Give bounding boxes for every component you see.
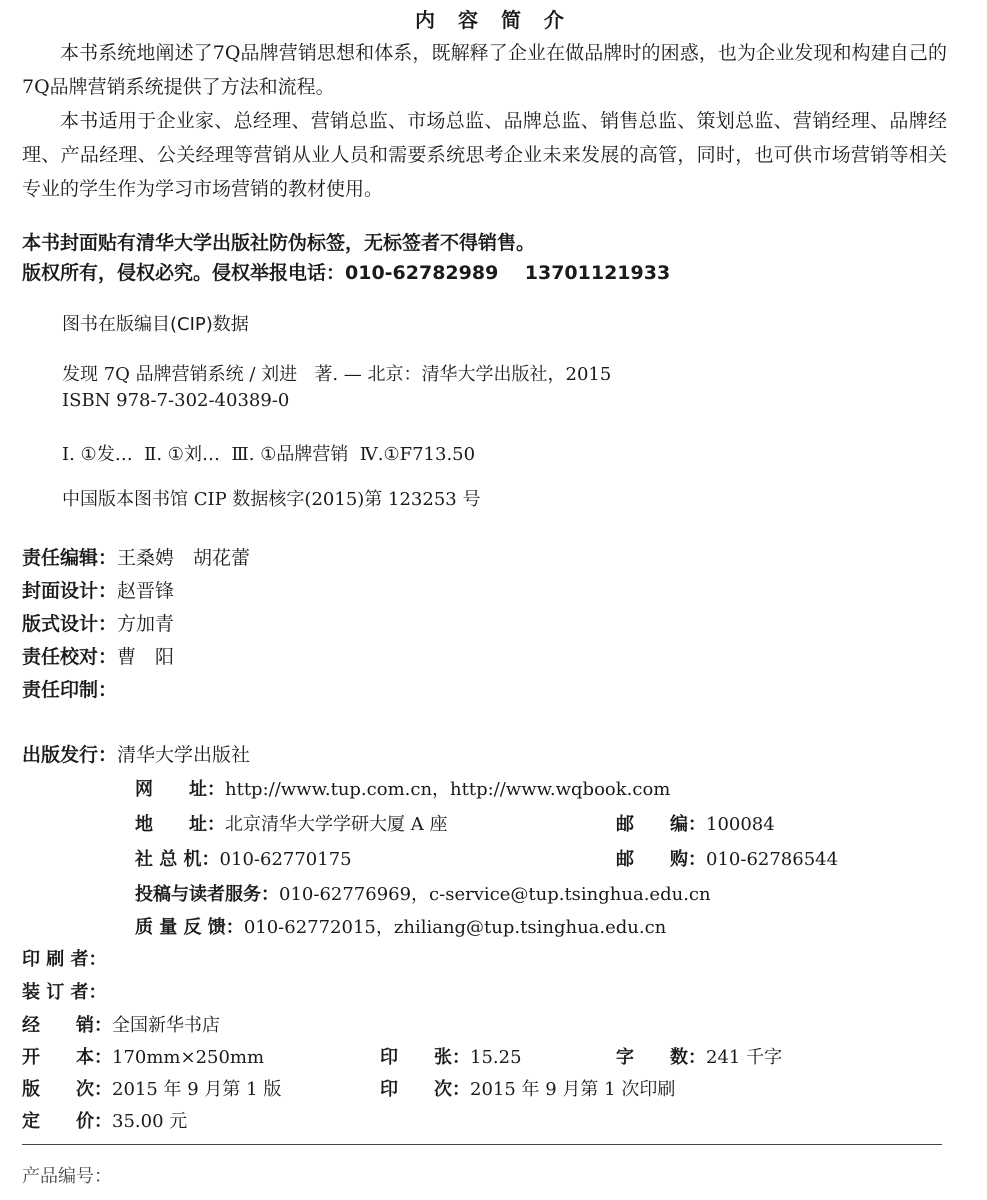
- credit-cover-design: 封面设计：赵晋锋: [22, 576, 174, 603]
- address-line: 地 址：北京清华大学学研大厦 A 座: [135, 810, 447, 836]
- distributor-value: 全国新华书店: [112, 1015, 220, 1036]
- credit-label: 责任编辑：: [22, 543, 117, 570]
- printer-label: 印 刷 者：: [22, 945, 107, 971]
- printing-label: 印 次：: [380, 1075, 470, 1101]
- credit-label: 封面设计：: [22, 576, 117, 603]
- address-label: 地 址：: [135, 810, 225, 836]
- cip-classification: Ⅰ. ①发… Ⅱ. ①刘… Ⅲ. ①品牌营销 Ⅳ.①F713.50: [62, 440, 475, 466]
- binder-line: 装 订 者：: [22, 978, 107, 1004]
- product-code-label: 产品编号：: [22, 1162, 112, 1188]
- credit-print-supervisor: 责任印制：: [22, 675, 117, 702]
- credit-label: 责任校对：: [22, 642, 117, 669]
- cip-isbn: ISBN 978-7-302-40389-0: [62, 390, 289, 411]
- edition-line: 版 次：2015 年 9 月第 1 版: [22, 1075, 281, 1101]
- cip-record: 发现 7Q 品牌营销系统 / 刘进 著. — 北京：清华大学出版社，2015: [62, 360, 611, 386]
- summary-paragraph-2: 本书适用于企业家、总经理、营销总监、市场总监、品牌总监、销售总监、策划总监、营销…: [22, 104, 947, 206]
- credit-value: 赵晋锋: [117, 580, 174, 602]
- credit-value: 王桑娉 胡花蕾: [117, 547, 250, 569]
- printing-value: 2015 年 9 月第 1 次印刷: [470, 1079, 675, 1100]
- price-value: 35.00 元: [112, 1111, 187, 1132]
- cip-heading: 图书在版编目(CIP)数据: [62, 310, 249, 336]
- divider-line: [22, 1144, 942, 1145]
- mailorder-line: 邮 购：010-62786544: [616, 845, 838, 871]
- printing-line: 印 次：2015 年 9 月第 1 次印刷: [380, 1075, 675, 1101]
- sheets-label: 印 张：: [380, 1043, 470, 1069]
- summary-paragraph-1: 本书系统地阐述了7Q品牌营销思想和体系，既解释了企业在做品牌时的困惑，也为企业发…: [22, 36, 947, 104]
- address-value: 北京清华大学学研大厦 A 座: [225, 814, 447, 835]
- publisher-label: 出版发行：: [22, 740, 117, 767]
- price-line: 定 价：35.00 元: [22, 1107, 187, 1133]
- quality-label: 质 量 反 馈：: [135, 913, 244, 939]
- quality-value[interactable]: 010-62772015，zhiliang@tup.tsinghua.edu.c…: [244, 917, 666, 938]
- credit-label: 版式设计：: [22, 609, 117, 636]
- distributor-line: 经 销：全国新华书店: [22, 1011, 220, 1037]
- switchboard-value: 010-62770175: [220, 849, 352, 870]
- distributor-label: 经 销：: [22, 1011, 112, 1037]
- credit-label: 责任印制：: [22, 675, 117, 702]
- credit-value: 方加青: [117, 613, 174, 635]
- sheets-line: 印 张：15.25: [380, 1043, 522, 1069]
- service-value[interactable]: 010-62776969，c-service@tup.tsinghua.edu.…: [279, 884, 711, 905]
- format-value: 170mm×250mm: [112, 1047, 264, 1068]
- word-count-line: 字 数：241 千字: [616, 1043, 782, 1069]
- credit-editor: 责任编辑：王桑娉 胡花蕾: [22, 543, 250, 570]
- postcode-line: 邮 编：100084: [616, 810, 775, 836]
- edition-value: 2015 年 9 月第 1 版: [112, 1079, 281, 1100]
- credit-proofreader: 责任校对：曹 阳: [22, 642, 174, 669]
- edition-label: 版 次：: [22, 1075, 112, 1101]
- cip-record-number: 中国版本图书馆 CIP 数据核字(2015)第 123253 号: [62, 485, 480, 511]
- quality-feedback-line: 质 量 反 馈：010-62772015，zhiliang@tup.tsingh…: [135, 913, 666, 939]
- publisher-name: 清华大学出版社: [117, 744, 250, 766]
- price-label: 定 价：: [22, 1107, 112, 1133]
- binder-label: 装 订 者：: [22, 978, 107, 1004]
- credit-value: 曹 阳: [117, 646, 174, 668]
- website-label: 网 址：: [135, 775, 225, 801]
- printer-line: 印 刷 者：: [22, 945, 107, 971]
- mailorder-label: 邮 购：: [616, 845, 706, 871]
- words-value: 241 千字: [706, 1047, 782, 1068]
- anti-counterfeit-notice: 本书封面贴有清华大学出版社防伪标签，无标签者不得销售。: [22, 228, 535, 255]
- publisher-line: 出版发行：清华大学出版社: [22, 740, 250, 767]
- format-line: 开 本：170mm×250mm: [22, 1043, 264, 1069]
- website-line: 网 址：http://www.tup.com.cn，http://www.wqb…: [135, 775, 670, 801]
- switchboard-line: 社 总 机：010-62770175: [135, 845, 352, 871]
- sheets-value: 15.25: [470, 1047, 522, 1068]
- postcode-label: 邮 编：: [616, 810, 706, 836]
- page-title: 内 容 简 介: [0, 4, 987, 33]
- reader-service-line: 投稿与读者服务：010-62776969，c-service@tup.tsing…: [135, 880, 711, 906]
- service-label: 投稿与读者服务：: [135, 880, 279, 906]
- format-label: 开 本：: [22, 1043, 112, 1069]
- words-label: 字 数：: [616, 1043, 706, 1069]
- postcode-value: 100084: [706, 814, 775, 835]
- mailorder-value: 010-62786544: [706, 849, 838, 870]
- website-links[interactable]: http://www.tup.com.cn，http://www.wqbook.…: [225, 779, 670, 800]
- copyright-notice: 版权所有，侵权必究。侵权举报电话：010-62782989 1370112193…: [22, 258, 670, 285]
- credit-layout-design: 版式设计：方加青: [22, 609, 174, 636]
- switchboard-label: 社 总 机：: [135, 845, 220, 871]
